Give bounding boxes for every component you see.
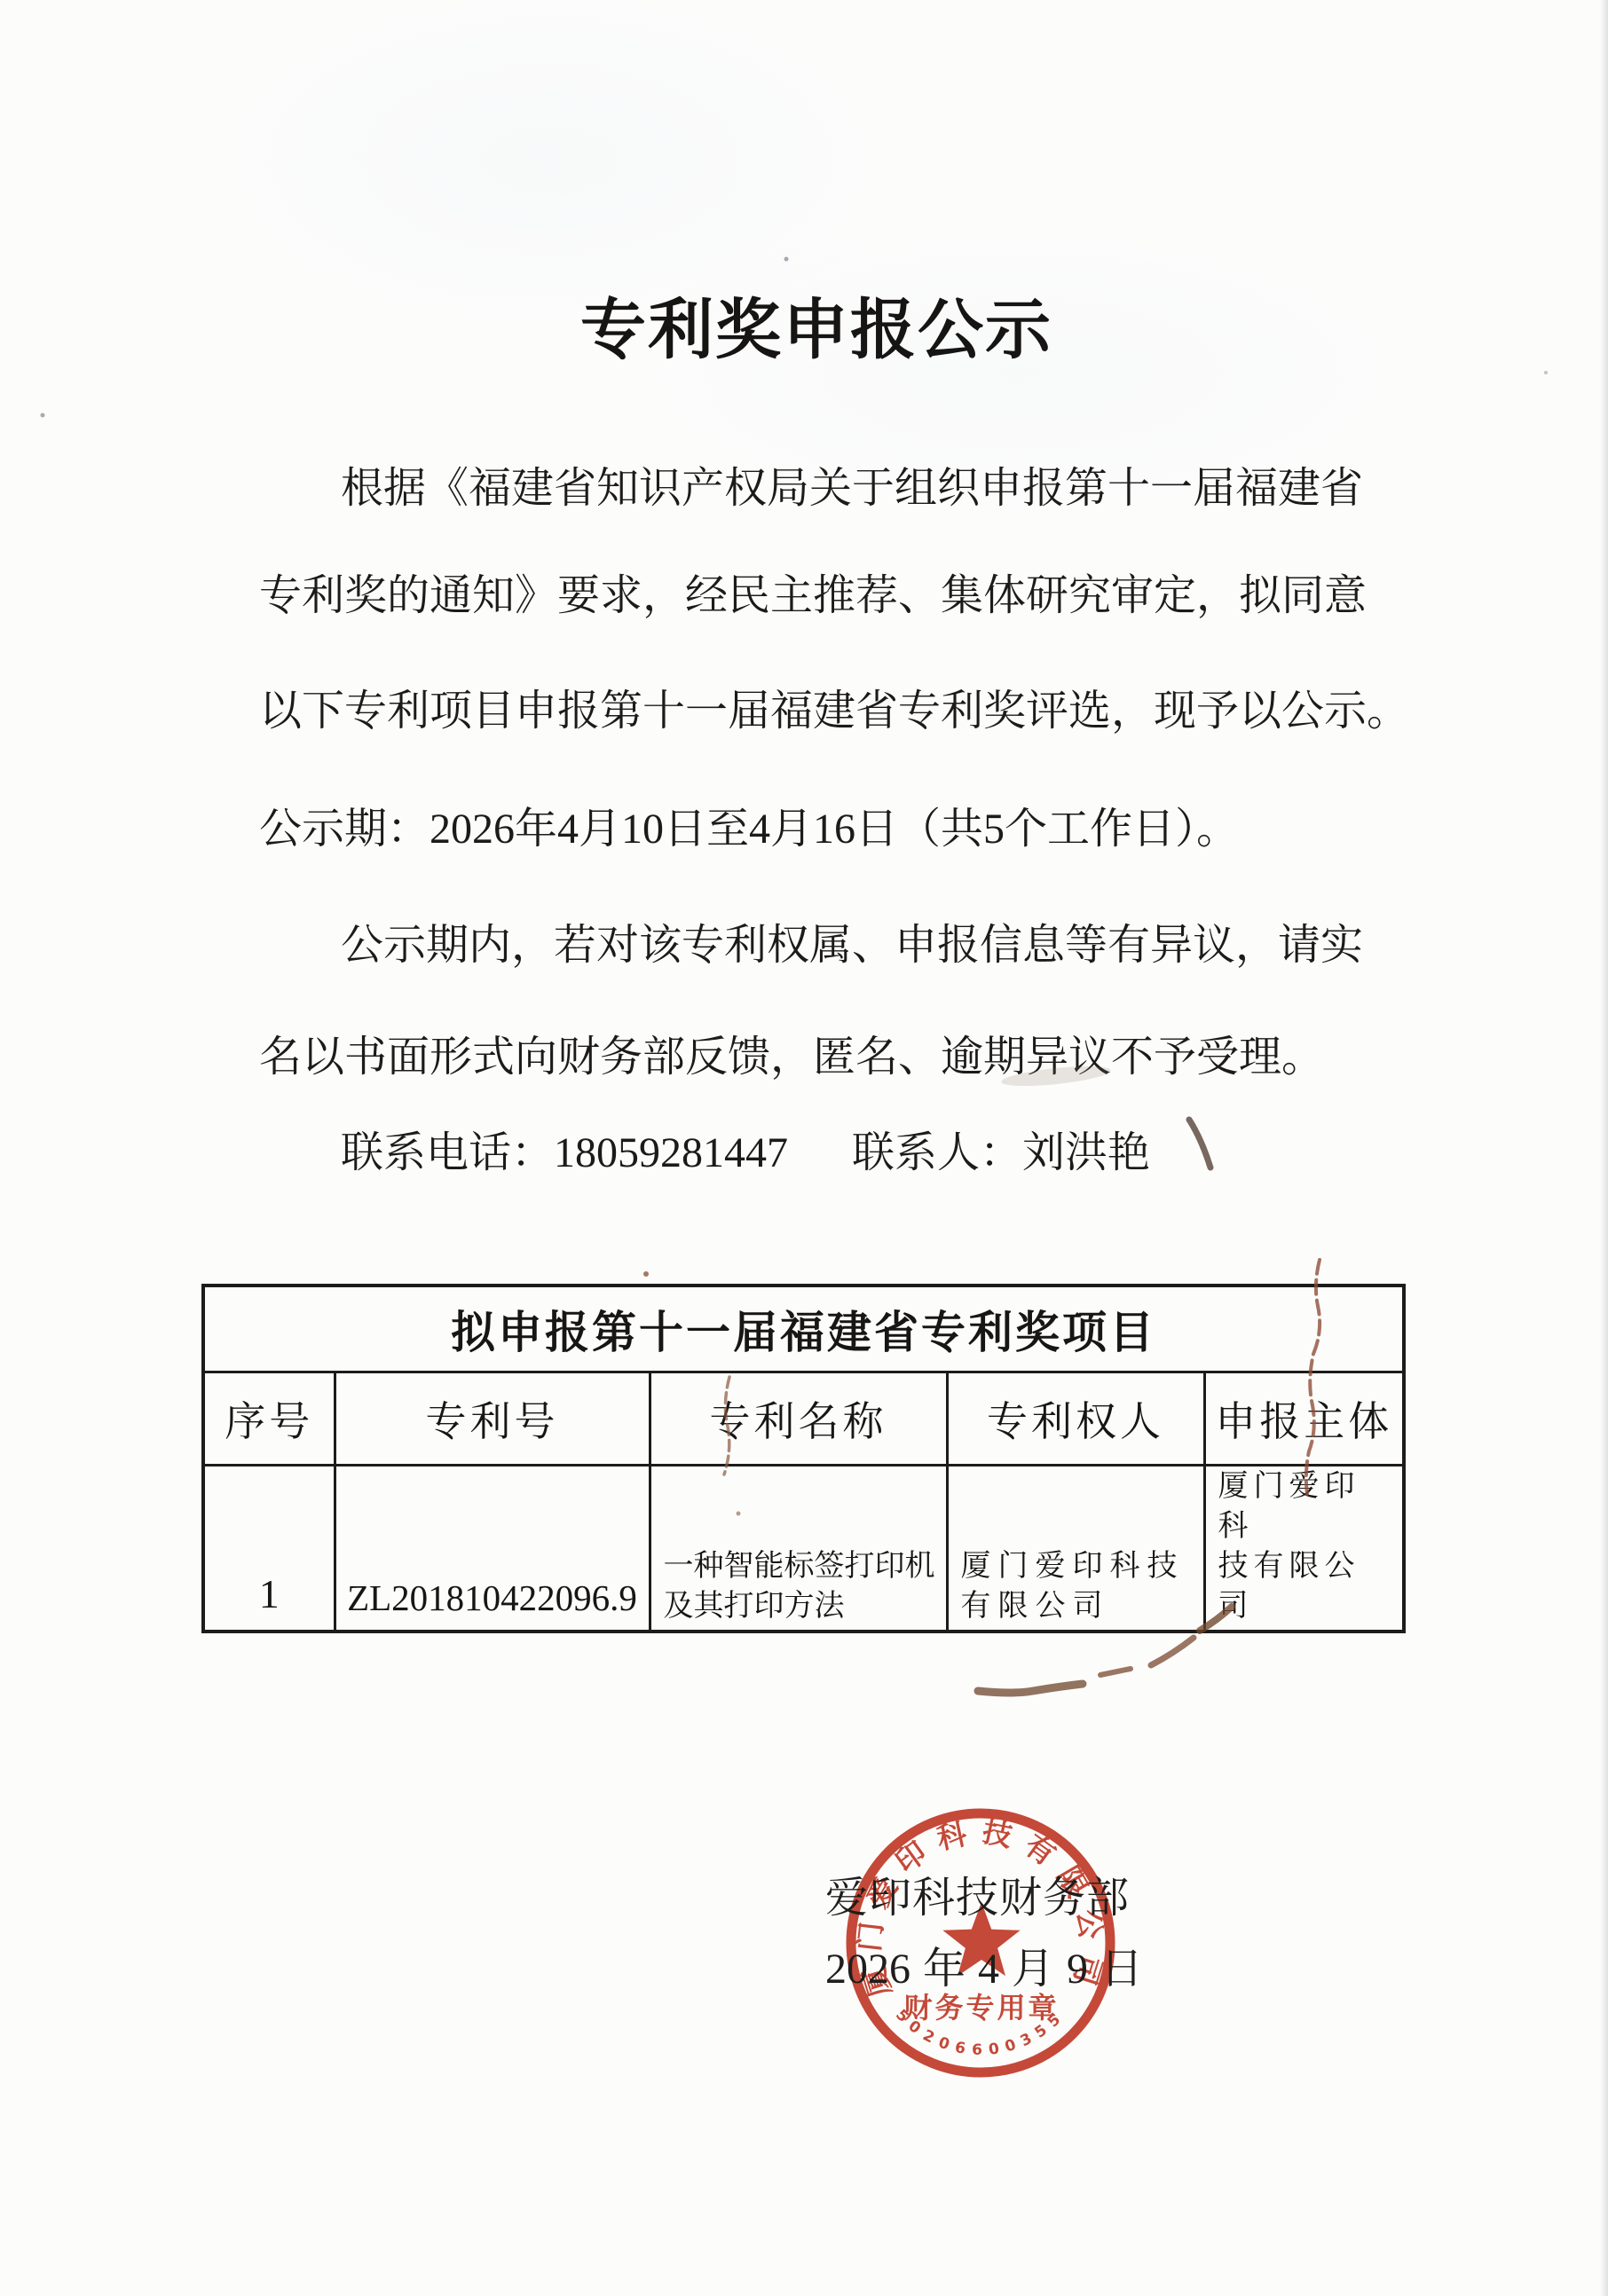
seal-label: 财务专用章: [903, 1992, 1059, 2024]
table-header-row: 序号 专利号 专利名称 专利权人 申报主体: [203, 1372, 1404, 1466]
body-line: 以下专利项目申报第十一届福建省专利奖评选，现予以公示。: [259, 685, 1377, 738]
table-row: 1 ZL201810422096.9 一种智能标签打印机 及其打印方法 厦门爱印…: [203, 1466, 1404, 1632]
column-header-patentee: 专利权人: [947, 1372, 1204, 1466]
speck: [643, 1271, 649, 1277]
body-line: 专利奖的通知》要求，经民主推荐、集体研究审定，拟同意: [259, 570, 1377, 623]
cell-patent-no: ZL201810422096.9: [335, 1466, 650, 1632]
page-title: 专利奖申报公示: [12, 293, 1608, 367]
cell-patent-name: 一种智能标签打印机 及其打印方法: [650, 1466, 947, 1632]
contact-person: 联系人：刘洪艳: [852, 1129, 1150, 1176]
body-line: 公示期内，若对该专利权属、申报信息等有异议，请实: [259, 919, 1377, 972]
scanned-document-page: 专利奖申报公示 根据《福建省知识产权局关于组织申报第十一届福建省 专利奖的通知》…: [0, 0, 1608, 2296]
contact-phone: 联系电话：18059281447: [341, 1129, 788, 1176]
body-line: 名以书面形式向财务部反馈，匿名、逾期异议不予受理。: [259, 1031, 1377, 1084]
body-line: 根据《福建省知识产权局关于组织申报第十一届福建省: [259, 462, 1377, 515]
smudge-streak: [1100, 1669, 1131, 1675]
cell-no: 1: [203, 1466, 335, 1632]
speck: [784, 257, 789, 262]
table-title: 拟申报第十一届福建省专利奖项目: [203, 1286, 1404, 1372]
smudge-streak: [978, 1684, 1083, 1693]
signature-date: 2026 年 4 月 9 日: [825, 1943, 1143, 1996]
column-header-patent-no: 专利号: [335, 1372, 650, 1466]
smudge-streak: [1151, 1638, 1194, 1665]
cell-applicant: 厦门爱印科 技有限公司: [1204, 1466, 1404, 1632]
cell-patentee: 厦门爱印科技 有限公司: [947, 1466, 1204, 1632]
body-line: 公示期：2026年4月10日至4月16日（共5个工作日）。: [259, 803, 1377, 856]
contact-line: 联系电话：18059281447联系人：刘洪艳: [259, 1127, 1377, 1180]
patent-projects-table: 拟申报第十一届福建省专利奖项目 序号 专利号 专利名称 专利权人 申报主体 1 …: [201, 1284, 1406, 1633]
column-header-no: 序号: [203, 1372, 335, 1466]
signature-department: 爱印科技财务部: [825, 1872, 1130, 1925]
column-header-applicant: 申报主体: [1204, 1372, 1404, 1466]
table-title-row: 拟申报第十一届福建省专利奖项目: [203, 1286, 1404, 1372]
column-header-patent-name: 专利名称: [650, 1372, 947, 1466]
speck: [1544, 371, 1548, 374]
speck: [41, 413, 45, 418]
